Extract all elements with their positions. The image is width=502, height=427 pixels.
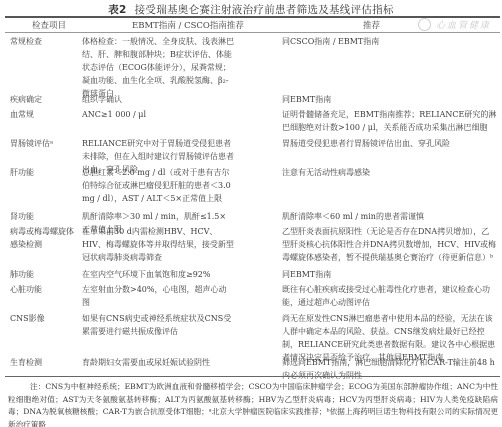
cell-recommend: 乙型肝炎表面抗原阳性（无论是否存在DNA拷贝增加），乙型肝炎核心抗体阳性合并DN… <box>282 225 497 264</box>
cell-ebmt-csco: 组织学确认 <box>82 93 234 106</box>
cell-recommend: 注意有无活动性病毒感染 <box>282 166 497 179</box>
cell-item: 常规检查 <box>10 35 80 48</box>
cell-item: 肾功能 <box>10 210 80 223</box>
cell-ebmt-csco: 在室内空气环境下血氧饱和度≥92% <box>82 268 234 281</box>
header-ebmt-csco: EBMT指南 / CSCO指南推荐 <box>132 19 244 31</box>
cell-item: 心脏功能 <box>10 283 80 296</box>
table-footnote: 注：CNS为中枢神经系统；EBMT为欧洲血液和骨髓移植学会；CSCO为中国临床肿… <box>8 381 498 427</box>
cell-recommend: 同EBMT指南 <box>282 268 497 281</box>
cell-item: 病毒或梅毒螺旋体感染检测 <box>10 225 80 251</box>
cell-recommend: 胃肠道受侵犯患者行胃肠镜评估出血、穿孔风险 <box>282 137 497 150</box>
watermark-text: 心血管健康 <box>436 18 491 31</box>
cell-recommend: 肌酐清除率＜60 ml / min的患者需谨慎 <box>282 210 497 223</box>
cell-item: 血常规 <box>10 108 80 121</box>
cell-recommend: 筛选同EBMT指南，淋巴细胞清除化疗和CAR-T输注前48 h内必须再次确认为阴… <box>282 356 497 382</box>
table-number: 表2 <box>108 4 126 16</box>
cell-recommend: 证明骨髓储备充足，EBMT指南推荐；RELIANCE研究的淋巴细胞绝对计数>10… <box>282 108 497 134</box>
cell-item: 肝功能 <box>10 166 80 179</box>
cell-ebmt-csco: 左室射血分数>40%，心电图，超声心动图 <box>82 283 234 309</box>
cell-ebmt-csco: ANC≥1 000 / μl <box>82 108 234 121</box>
table-caption: 表2接受瑞基奥仑赛注射液治疗前患者筛选及基线评估指标 <box>0 2 502 17</box>
bottom-rule <box>5 376 500 377</box>
seal-icon <box>418 18 431 31</box>
cell-ebmt-csco: 如果有CNS病史或神经系统症状及CNS受累需要进行磁共振成像评估 <box>82 312 234 338</box>
header-recommend: 推荐 <box>363 19 380 31</box>
cell-ebmt-csco: 在单采前30 d内需检测HBV、HCV、HIV、梅毒螺旋体等并取得结果，接受新型… <box>82 225 234 264</box>
cell-recommend: 既往有心脏疾病或接受过心脏毒性化疗患者，建议检查心功能，通过超声心动图评估 <box>282 283 497 309</box>
cell-ebmt-csco: 体格检查：一般情况、全身皮肤、浅表淋巴结、肝、脾和腹部肿块；B症状评估、体能状态… <box>82 35 234 100</box>
header-item: 检查项目 <box>32 19 66 31</box>
cell-item: CNS影像 <box>10 312 80 325</box>
cell-item: 胃肠镜评估ᵃ <box>10 137 80 150</box>
cell-recommend: 同EBMT指南 <box>282 93 497 106</box>
table-title: 接受瑞基奥仑赛注射液治疗前患者筛选及基线评估指标 <box>135 4 394 16</box>
cell-ebmt-csco: 育龄期妇女需要血或尿妊娠试验阴性 <box>82 356 234 369</box>
header-rule <box>5 32 500 33</box>
cell-recommend: 同CSCO指南 / EBMT指南 <box>282 35 497 48</box>
journal-watermark: 心血管健康 <box>418 17 491 31</box>
cell-item: 疾病确定 <box>10 93 80 106</box>
cell-item: 肺功能 <box>10 268 80 281</box>
cell-item: 生育检测 <box>10 356 80 369</box>
cell-ebmt-csco: 总胆红素＜2.0 mg / dl（或对于患有吉尔伯特综合征或淋巴瘤侵犯肝脏的患者… <box>82 166 234 205</box>
